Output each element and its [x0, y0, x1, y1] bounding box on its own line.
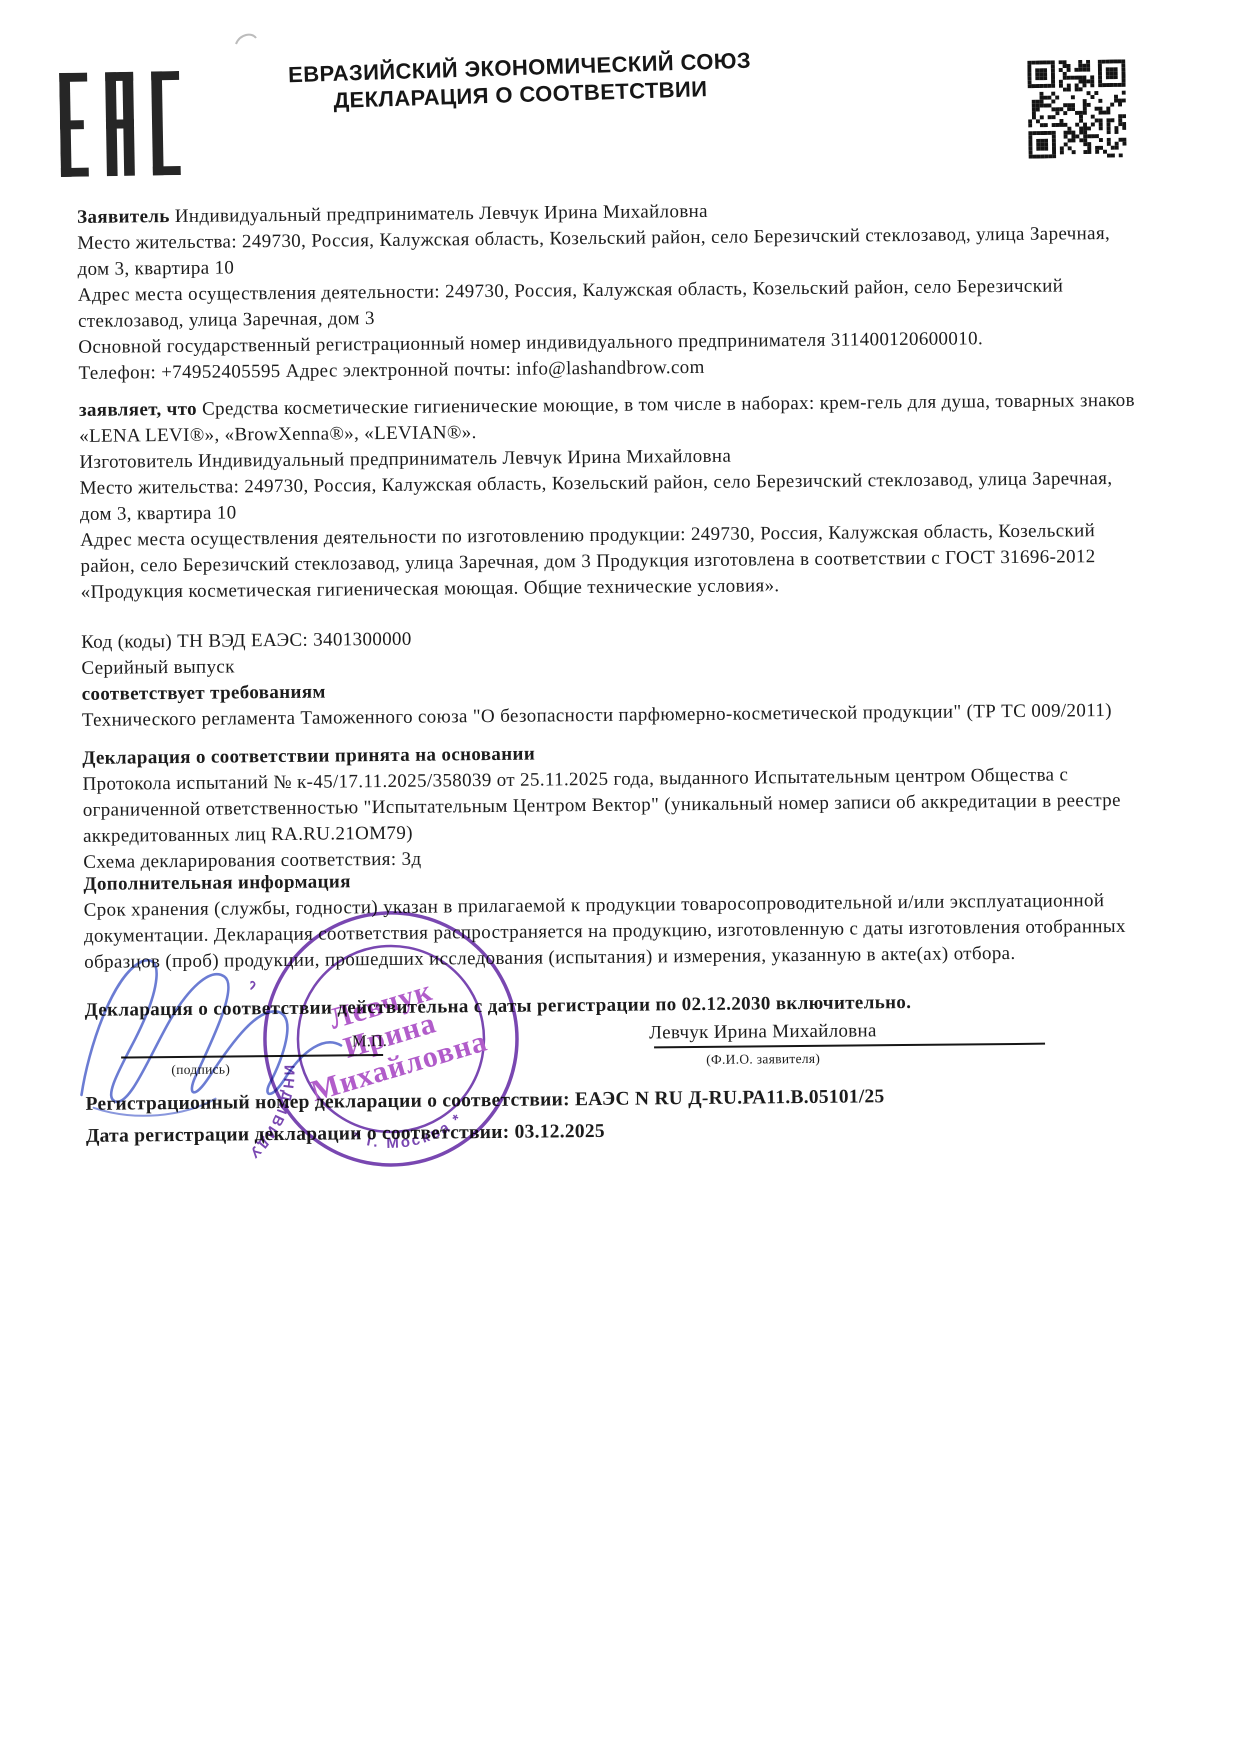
- text-line: Протокола испытаний № к-45/17.11.2025/35…: [82, 762, 1145, 850]
- text-block: соответствует требованиямТехнического ре…: [82, 672, 1144, 734]
- applicant-name-caption: (Ф.И.О. заявителя): [563, 1049, 963, 1069]
- stamp-city-text: * г. Москва *: [348, 1108, 470, 1161]
- company-stamp: ИНДИВИДУАЛЬНЫЙ ПРЕДПРИНИМАТЕЛЬ ОГРНИП 31…: [250, 898, 533, 1181]
- text-line: Адрес места осуществления деятельности п…: [80, 518, 1143, 606]
- text-block: Заявитель Индивидуальный предприниматель…: [77, 195, 1141, 387]
- text-block: Декларация о соответствии принята на осн…: [82, 736, 1145, 876]
- applicant-name: Левчук Ирина Михайловна: [563, 1019, 963, 1045]
- document-body: Заявитель Индивидуальный предприниматель…: [0, 0, 1240, 1754]
- text-block: заявляет, что Средства косметические гиг…: [79, 388, 1143, 606]
- body-blocks: Заявитель Индивидуальный предприниматель…: [0, 0, 1238, 1]
- declaration-page: ЕВРАЗИЙСКИЙ ЭКОНОМИЧЕСКИЙ СОЮЗ ДЕКЛАРАЦИ…: [0, 0, 1240, 1754]
- stamp-ring-text: ИНДИВИДУАЛЬНЫЙ ПРЕДПРИНИМАТЕЛЬ ОГРНИП 31…: [250, 930, 316, 1180]
